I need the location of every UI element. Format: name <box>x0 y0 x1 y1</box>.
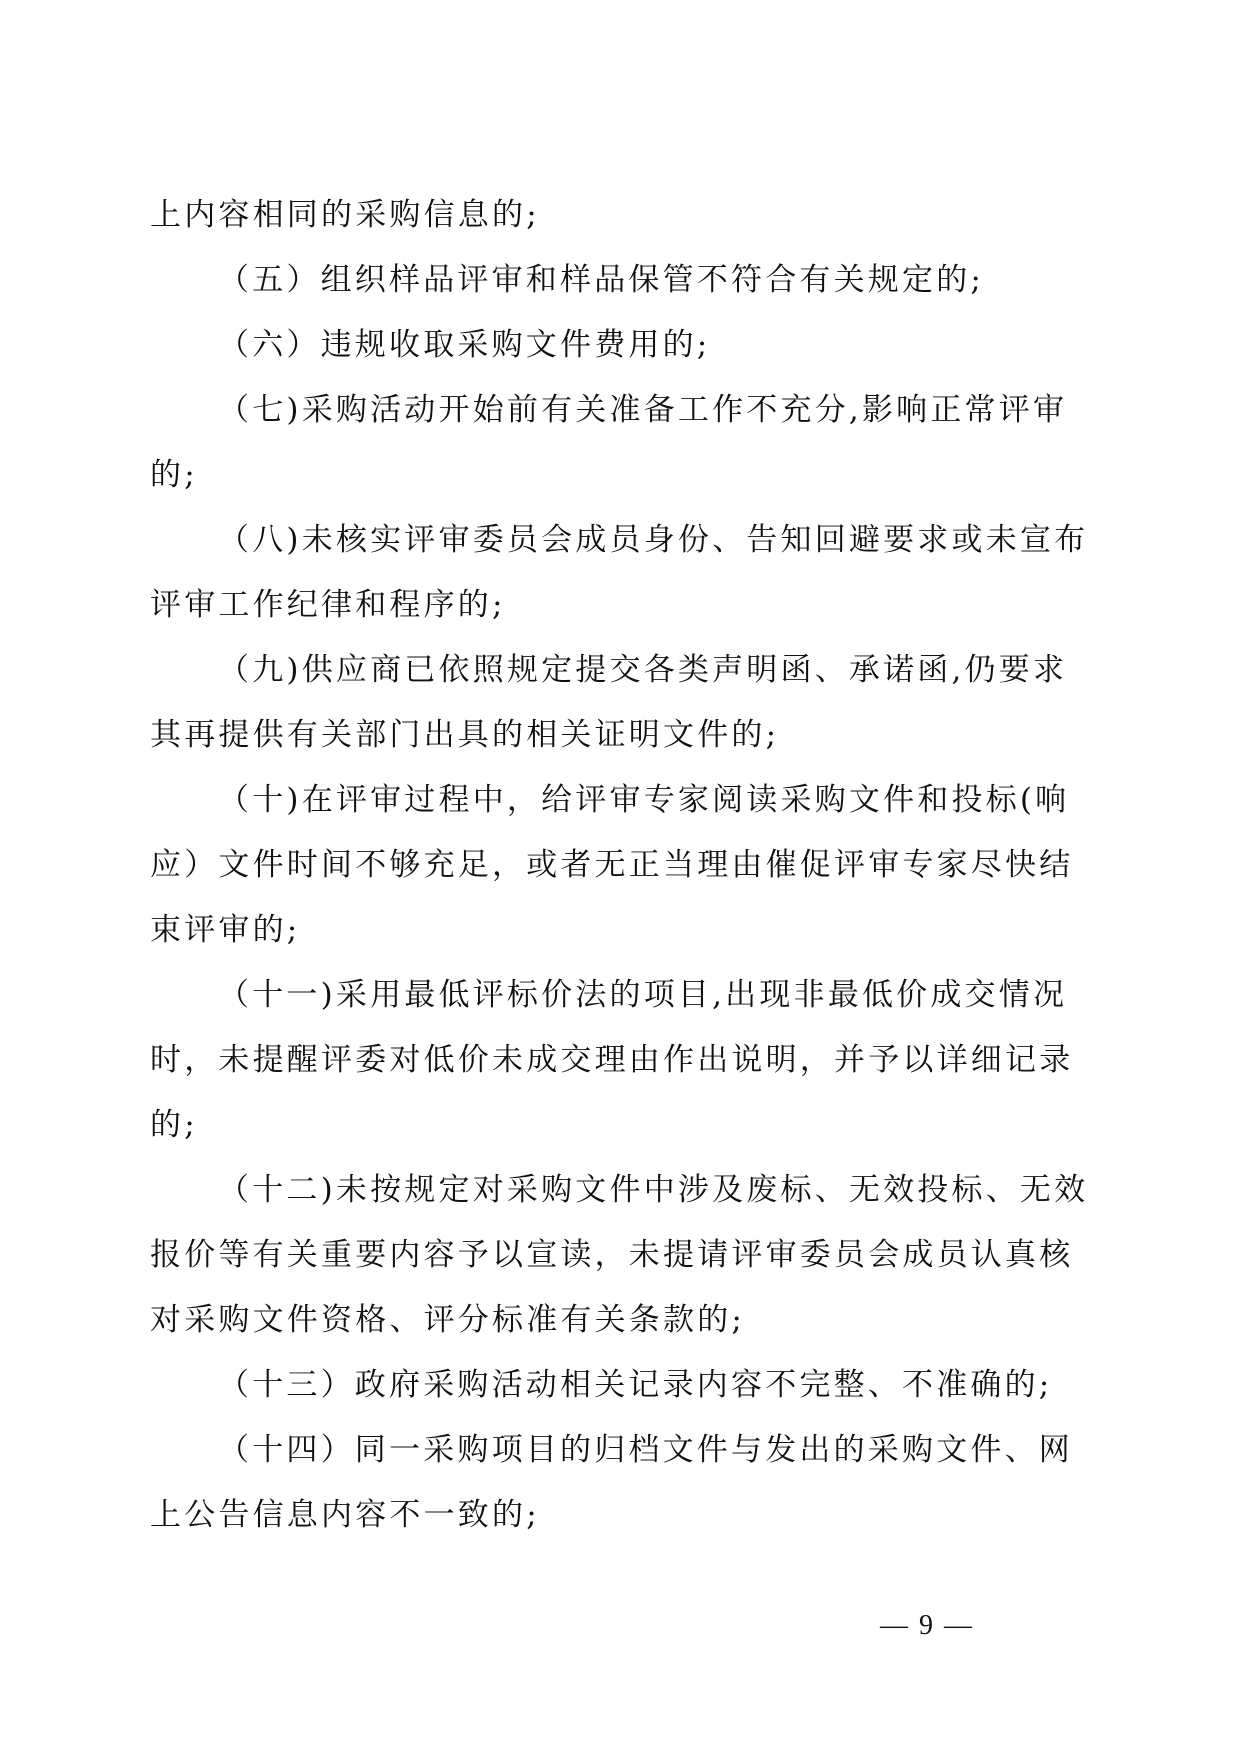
list-item-14: （十四）同一采购项目的归档文件与发出的采购文件、网 <box>218 1430 1073 1470</box>
list-item-10: （十)在评审过程中，给评审专家阅读采购文件和投标(响 <box>218 780 1069 820</box>
text-line: 评审工作纪律和程序的; <box>150 585 506 625</box>
page-number: — 9 — <box>880 1610 974 1642</box>
text-line: 其再提供有关部门出具的相关证明文件的; <box>150 715 779 755</box>
list-item-6: （六）违规收取采购文件费用的; <box>218 325 710 365</box>
list-item-13: （十三）政府采购活动相关记录内容不完整、不准确的; <box>218 1365 1052 1405</box>
text-line: 上公告信息内容不一致的; <box>150 1495 540 1535</box>
document-page: 上内容相同的采购信息的; （五）组织样品评审和样品保管不符合有关规定的; （六）… <box>0 0 1240 1754</box>
list-item-12: （十二)未按规定对采购文件中涉及废标、无效投标、无效 <box>218 1170 1088 1210</box>
text-line: 上内容相同的采购信息的; <box>150 195 540 235</box>
text-line: 报价等有关重要内容予以宣读，未提请评审委员会成员认真核 <box>150 1235 1073 1275</box>
list-item-7: （七)采购活动开始前有关准备工作不充分,影响正常评审 <box>218 390 1067 430</box>
text-line: 应）文件时间不够充足，或者无正当理由催促评审专家尽快结 <box>150 845 1073 885</box>
list-item-9: （九)供应商已依照规定提交各类声明函、承诺函,仍要求 <box>218 650 1067 690</box>
list-item-8: （八)未核实评审委员会成员身份、告知回避要求或未宣布 <box>218 520 1088 560</box>
text-line: 时，未提醒评委对低价未成交理由作出说明，并予以详细记录 <box>150 1040 1073 1080</box>
text-line: 的; <box>150 455 198 495</box>
text-line: 的; <box>150 1105 198 1145</box>
list-item-11: （十一)采用最低评标价法的项目,出现非最低价成交情况 <box>218 975 1067 1015</box>
list-item-5: （五）组织样品评审和样品保管不符合有关规定的; <box>218 260 984 300</box>
text-line: 对采购文件资格、评分标准有关条款的; <box>150 1300 745 1340</box>
text-line: 束评审的; <box>150 910 300 950</box>
